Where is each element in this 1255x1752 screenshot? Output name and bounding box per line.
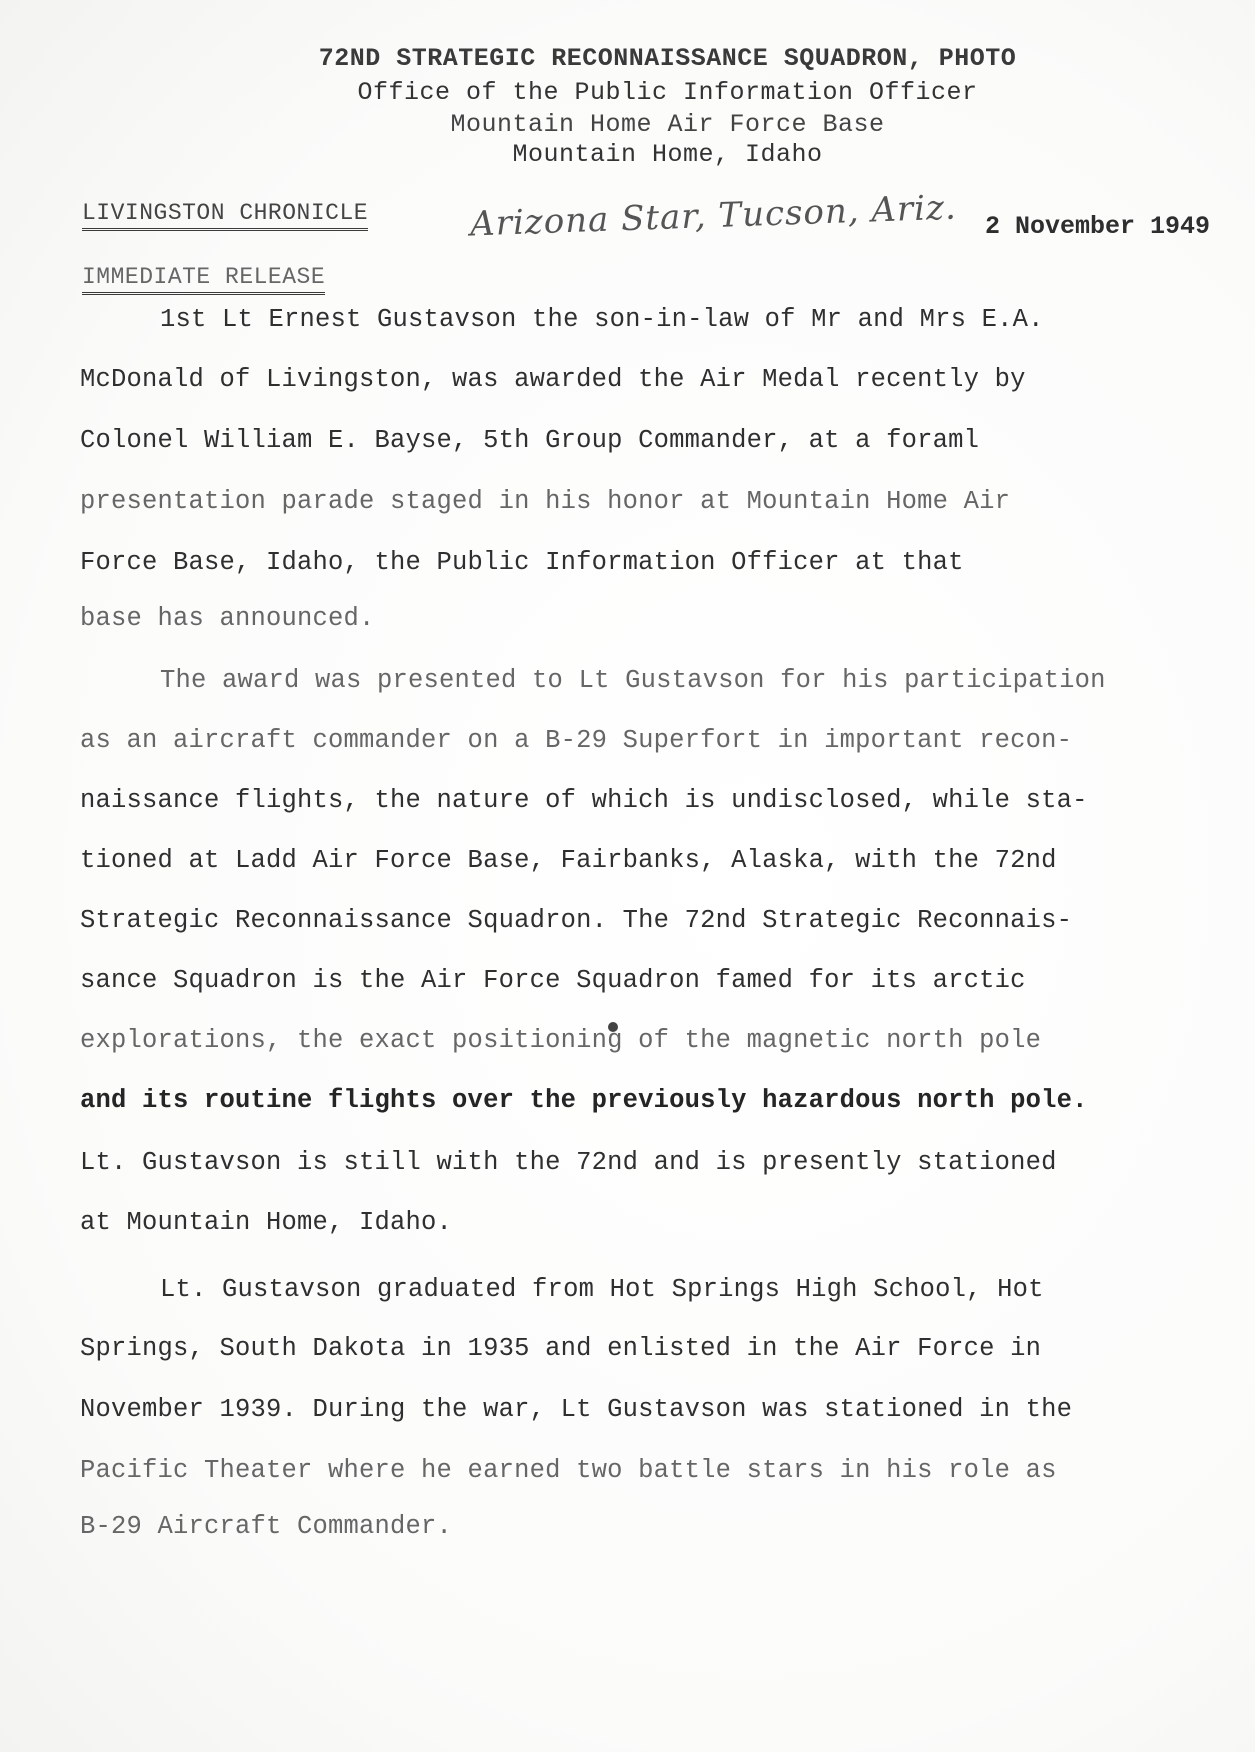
body-line: Pacific Theater where he earned two batt… (80, 1456, 1057, 1485)
body-line: Strategic Reconnaissance Squadron. The 7… (80, 906, 1072, 935)
letterhead-base: Mountain Home Air Force Base (40, 110, 1255, 139)
body-line: McDonald of Livingston, was awarded the … (80, 365, 1026, 394)
body-line: The award was presented to Lt Gustavson … (160, 666, 1106, 695)
body-line: 1st Lt Ernest Gustavson the son-in-law o… (160, 305, 1044, 334)
body-line: Colonel William E. Bayse, 5th Group Comm… (80, 426, 979, 455)
body-line: naissance flights, the nature of which i… (80, 786, 1088, 815)
body-line: B-29 Aircraft Commander. (80, 1512, 452, 1541)
body-line: tioned at Ladd Air Force Base, Fairbanks… (80, 846, 1057, 875)
body-line: explorations, the exact positioning of t… (80, 1026, 1041, 1055)
body-line: and its routine flights over the previou… (80, 1086, 1088, 1115)
body-line: base has announced. (80, 604, 375, 633)
body-line: Springs, South Dakota in 1935 and enlist… (80, 1334, 1041, 1363)
body-line: Lt. Gustavson graduated from Hot Springs… (160, 1275, 1044, 1304)
body-line: at Mountain Home, Idaho. (80, 1208, 452, 1237)
handwritten-note: Arizona Star, Tucson, Ariz. (469, 188, 957, 245)
body-line: Force Base, Idaho, the Public Informatio… (80, 548, 964, 577)
body-line: Lt. Gustavson is still with the 72nd and… (80, 1148, 1057, 1177)
letterhead-unit: 72ND STRATEGIC RECONNAISSANCE SQUADRON, … (40, 44, 1255, 73)
publication-slug: LIVINGSTON CHRONICLE (82, 200, 368, 231)
body-line: sance Squadron is the Air Force Squadron… (80, 966, 1026, 995)
document-page: 72ND STRATEGIC RECONNAISSANCE SQUADRON, … (0, 0, 1255, 1752)
letterhead-office: Office of the Public Information Officer (40, 78, 1255, 107)
body-line: as an aircraft commander on a B-29 Super… (80, 726, 1072, 755)
body-line: presentation parade staged in his honor … (80, 487, 1010, 516)
ink-smudge (608, 1022, 618, 1032)
letterhead-location: Mountain Home, Idaho (40, 140, 1255, 169)
body-line: November 1939. During the war, Lt Gustav… (80, 1395, 1072, 1424)
date-line: 2 November 1949 (985, 212, 1210, 241)
release-slug: IMMEDIATE RELEASE (82, 264, 325, 295)
